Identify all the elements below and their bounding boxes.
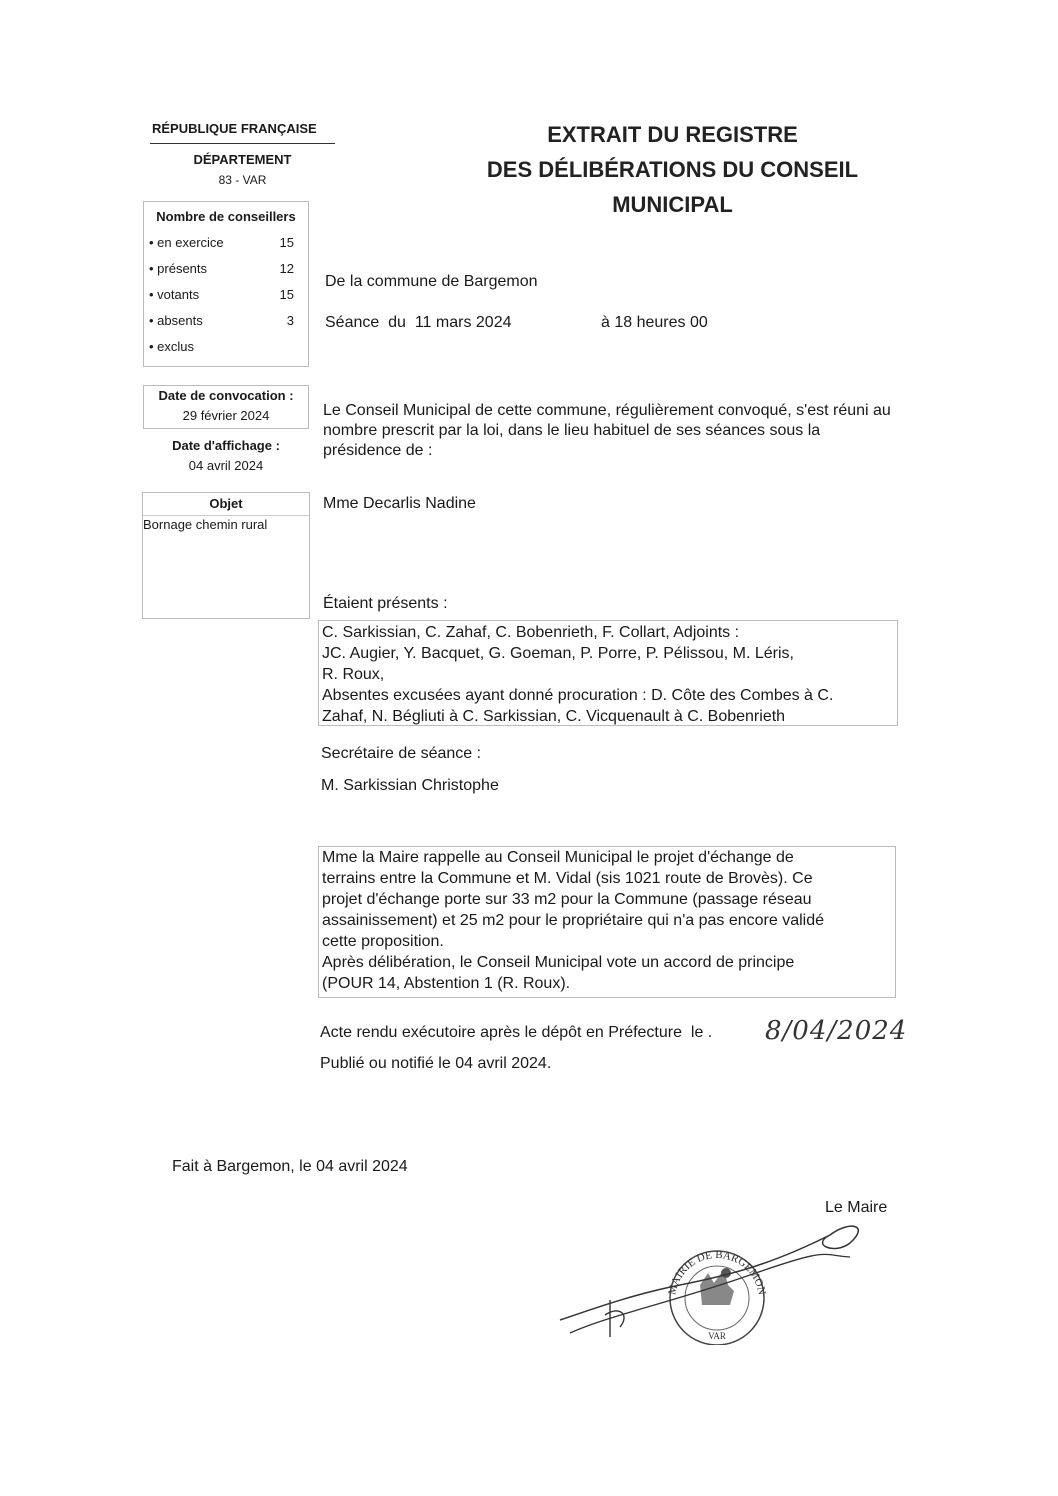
row-value: 15 bbox=[280, 230, 294, 256]
convocation-label: Date de convocation : bbox=[144, 386, 308, 406]
objet-label: Objet bbox=[143, 493, 309, 516]
convocation-box: Date de convocation : 29 février 2024 bbox=[143, 385, 309, 429]
conseillers-header: Nombre de conseillers bbox=[144, 209, 308, 224]
row-label: • exclus bbox=[149, 334, 194, 360]
signature-icon: MAIRIE DE BARGEMON VAR bbox=[550, 1215, 880, 1345]
secretaire-label: Secrétaire de séance : bbox=[321, 745, 481, 763]
header-divider bbox=[150, 143, 335, 144]
conseillers-row: • présents12 bbox=[144, 256, 308, 282]
svg-text:VAR: VAR bbox=[708, 1331, 726, 1341]
conseillers-row: • exclus bbox=[144, 334, 308, 360]
secretaire-value: M. Sarkissian Christophe bbox=[321, 777, 499, 795]
document-title: EXTRAIT DU REGISTRE DES DÉLIBÉRATIONS DU… bbox=[380, 117, 965, 222]
title-line: EXTRAIT DU REGISTRE bbox=[380, 117, 965, 152]
conseillers-row: • absents3 bbox=[144, 308, 308, 334]
fait-a: Fait à Bargemon, le 04 avril 2024 bbox=[172, 1158, 408, 1176]
conseillers-row: • votants15 bbox=[144, 282, 308, 308]
row-value: 12 bbox=[280, 256, 294, 282]
deliberation-line: cette proposition. bbox=[322, 931, 895, 952]
publie-line: Publié ou notifié le 04 avril 2024. bbox=[320, 1055, 551, 1073]
republique-francaise: RÉPUBLIQUE FRANÇAISE bbox=[152, 121, 317, 136]
presents-line: Absentes excusées ayant donné procuratio… bbox=[322, 685, 897, 706]
conseillers-box: Nombre de conseillers • en exercice15 • … bbox=[143, 201, 309, 367]
affichage-label: Date d'affichage : bbox=[143, 436, 309, 456]
conseillers-row: • en exercice15 bbox=[144, 230, 308, 256]
departement-value: 83 - VAR bbox=[150, 173, 335, 187]
row-value: 15 bbox=[280, 282, 294, 308]
presidente: Mme Decarlis Nadine bbox=[323, 495, 476, 513]
presents-box: C. Sarkissian, C. Zahaf, C. Bobenrieth, … bbox=[318, 620, 898, 726]
presents-label: Étaient présents : bbox=[323, 595, 448, 613]
title-line: DES DÉLIBÉRATIONS DU CONSEIL bbox=[380, 152, 965, 187]
signature-stamp: MAIRIE DE BARGEMON VAR bbox=[550, 1215, 880, 1345]
deliberation-line: assainissement) et 25 m2 pour le proprié… bbox=[322, 910, 895, 931]
deliberation-line: terrains entre la Commune et M. Vidal (s… bbox=[322, 868, 895, 889]
objet-value: Bornage chemin rural bbox=[143, 516, 309, 534]
presents-line: R. Roux, bbox=[322, 664, 897, 685]
presents-line: C. Sarkissian, C. Zahaf, C. Bobenrieth, … bbox=[322, 622, 897, 643]
row-value: 3 bbox=[287, 308, 294, 334]
title-line: MUNICIPAL bbox=[380, 187, 965, 222]
seance-heure: à 18 heures 00 bbox=[601, 314, 708, 332]
row-label: • en exercice bbox=[149, 230, 224, 256]
intro-paragraph: Le Conseil Municipal de cette commune, r… bbox=[323, 401, 893, 461]
affichage-block: Date d'affichage : 04 avril 2024 bbox=[143, 436, 309, 476]
row-label: • présents bbox=[149, 256, 207, 282]
affichage-value: 04 avril 2024 bbox=[143, 456, 309, 476]
objet-box: Objet Bornage chemin rural bbox=[142, 492, 310, 619]
presents-line: Zahaf, N. Bégliuti à C. Sarkissian, C. V… bbox=[322, 706, 897, 727]
handwritten-date: 8/04/2024 bbox=[765, 1016, 907, 1046]
presents-line: JC. Augier, Y. Bacquet, G. Goeman, P. Po… bbox=[322, 643, 897, 664]
deliberation-line: (POUR 14, Abstention 1 (R. Roux). bbox=[322, 973, 895, 994]
departement-label: DÉPARTEMENT bbox=[150, 152, 335, 167]
commune-line: De la commune de Bargemon bbox=[325, 273, 538, 291]
convocation-value: 29 février 2024 bbox=[144, 406, 308, 426]
deliberation-line: projet d'échange porte sur 33 m2 pour la… bbox=[322, 889, 895, 910]
seance-date: Séance du 11 mars 2024 bbox=[325, 314, 512, 332]
deliberation-line: Mme la Maire rappelle au Conseil Municip… bbox=[322, 847, 895, 868]
row-label: • absents bbox=[149, 308, 203, 334]
deliberation-line: Après délibération, le Conseil Municipal… bbox=[322, 952, 895, 973]
deliberation-box: Mme la Maire rappelle au Conseil Municip… bbox=[318, 846, 896, 998]
row-label: • votants bbox=[149, 282, 199, 308]
acte-executoire: Acte rendu exécutoire après le dépôt en … bbox=[320, 1024, 712, 1042]
